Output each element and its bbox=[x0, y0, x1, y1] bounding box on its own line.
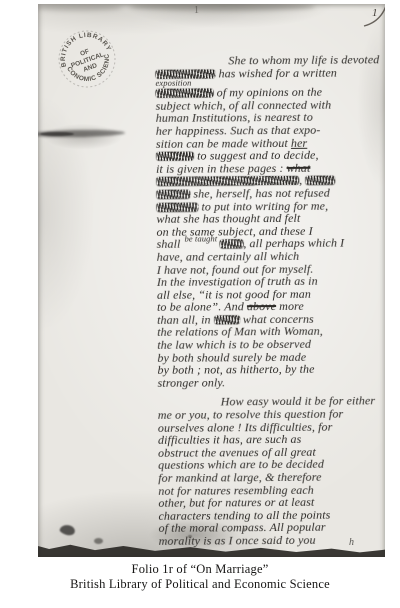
ink-blotch bbox=[59, 523, 76, 537]
handwritten-text: stronger only. bbox=[158, 375, 226, 389]
scribbled-out-text bbox=[156, 190, 190, 199]
facsimile-plate-page: BRITISH LIBRARY ECONOMIC SCIENCE OF POLI… bbox=[0, 0, 400, 608]
caption: Folio 1r of “On Marriage” British Librar… bbox=[0, 562, 400, 592]
handwritten-text: it is given in these pages : bbox=[156, 161, 287, 176]
scribbled-out-text bbox=[156, 152, 194, 161]
smudge bbox=[38, 4, 122, 11]
scribbled-out-text bbox=[156, 89, 214, 98]
scribbled-out-text bbox=[219, 240, 243, 249]
handwritten-text: has wished for a written bbox=[215, 65, 337, 80]
manuscript-text: She to whom my life is devoted has wishe… bbox=[155, 53, 385, 547]
smudge bbox=[130, 4, 315, 11]
ink-blotch bbox=[94, 538, 103, 544]
manuscript-photo: BRITISH LIBRARY ECONOMIC SCIENCE OF POLI… bbox=[38, 4, 385, 557]
scribbled-out-text bbox=[156, 176, 299, 186]
handwritten-text: morality is as I once said to you bbox=[159, 533, 316, 548]
smudge bbox=[40, 132, 74, 136]
library-stamp: BRITISH LIBRARY ECONOMIC SCIENCE OF POLI… bbox=[48, 20, 126, 98]
scribbled-out-text bbox=[305, 176, 335, 185]
manuscript-line: stronger only. bbox=[158, 375, 385, 389]
folio-number: 1 bbox=[372, 7, 378, 19]
caption-title: Folio 1r of “On Marriage” bbox=[0, 562, 400, 577]
pencil-mark: 1 bbox=[194, 5, 199, 16]
inserted-word: be taught bbox=[184, 233, 217, 246]
ink-mark: h bbox=[349, 537, 354, 548]
scribbled-out-text bbox=[214, 315, 240, 324]
scribbled-out-text bbox=[156, 202, 198, 211]
caption-attribution: British Library of Political and Economi… bbox=[0, 577, 400, 592]
